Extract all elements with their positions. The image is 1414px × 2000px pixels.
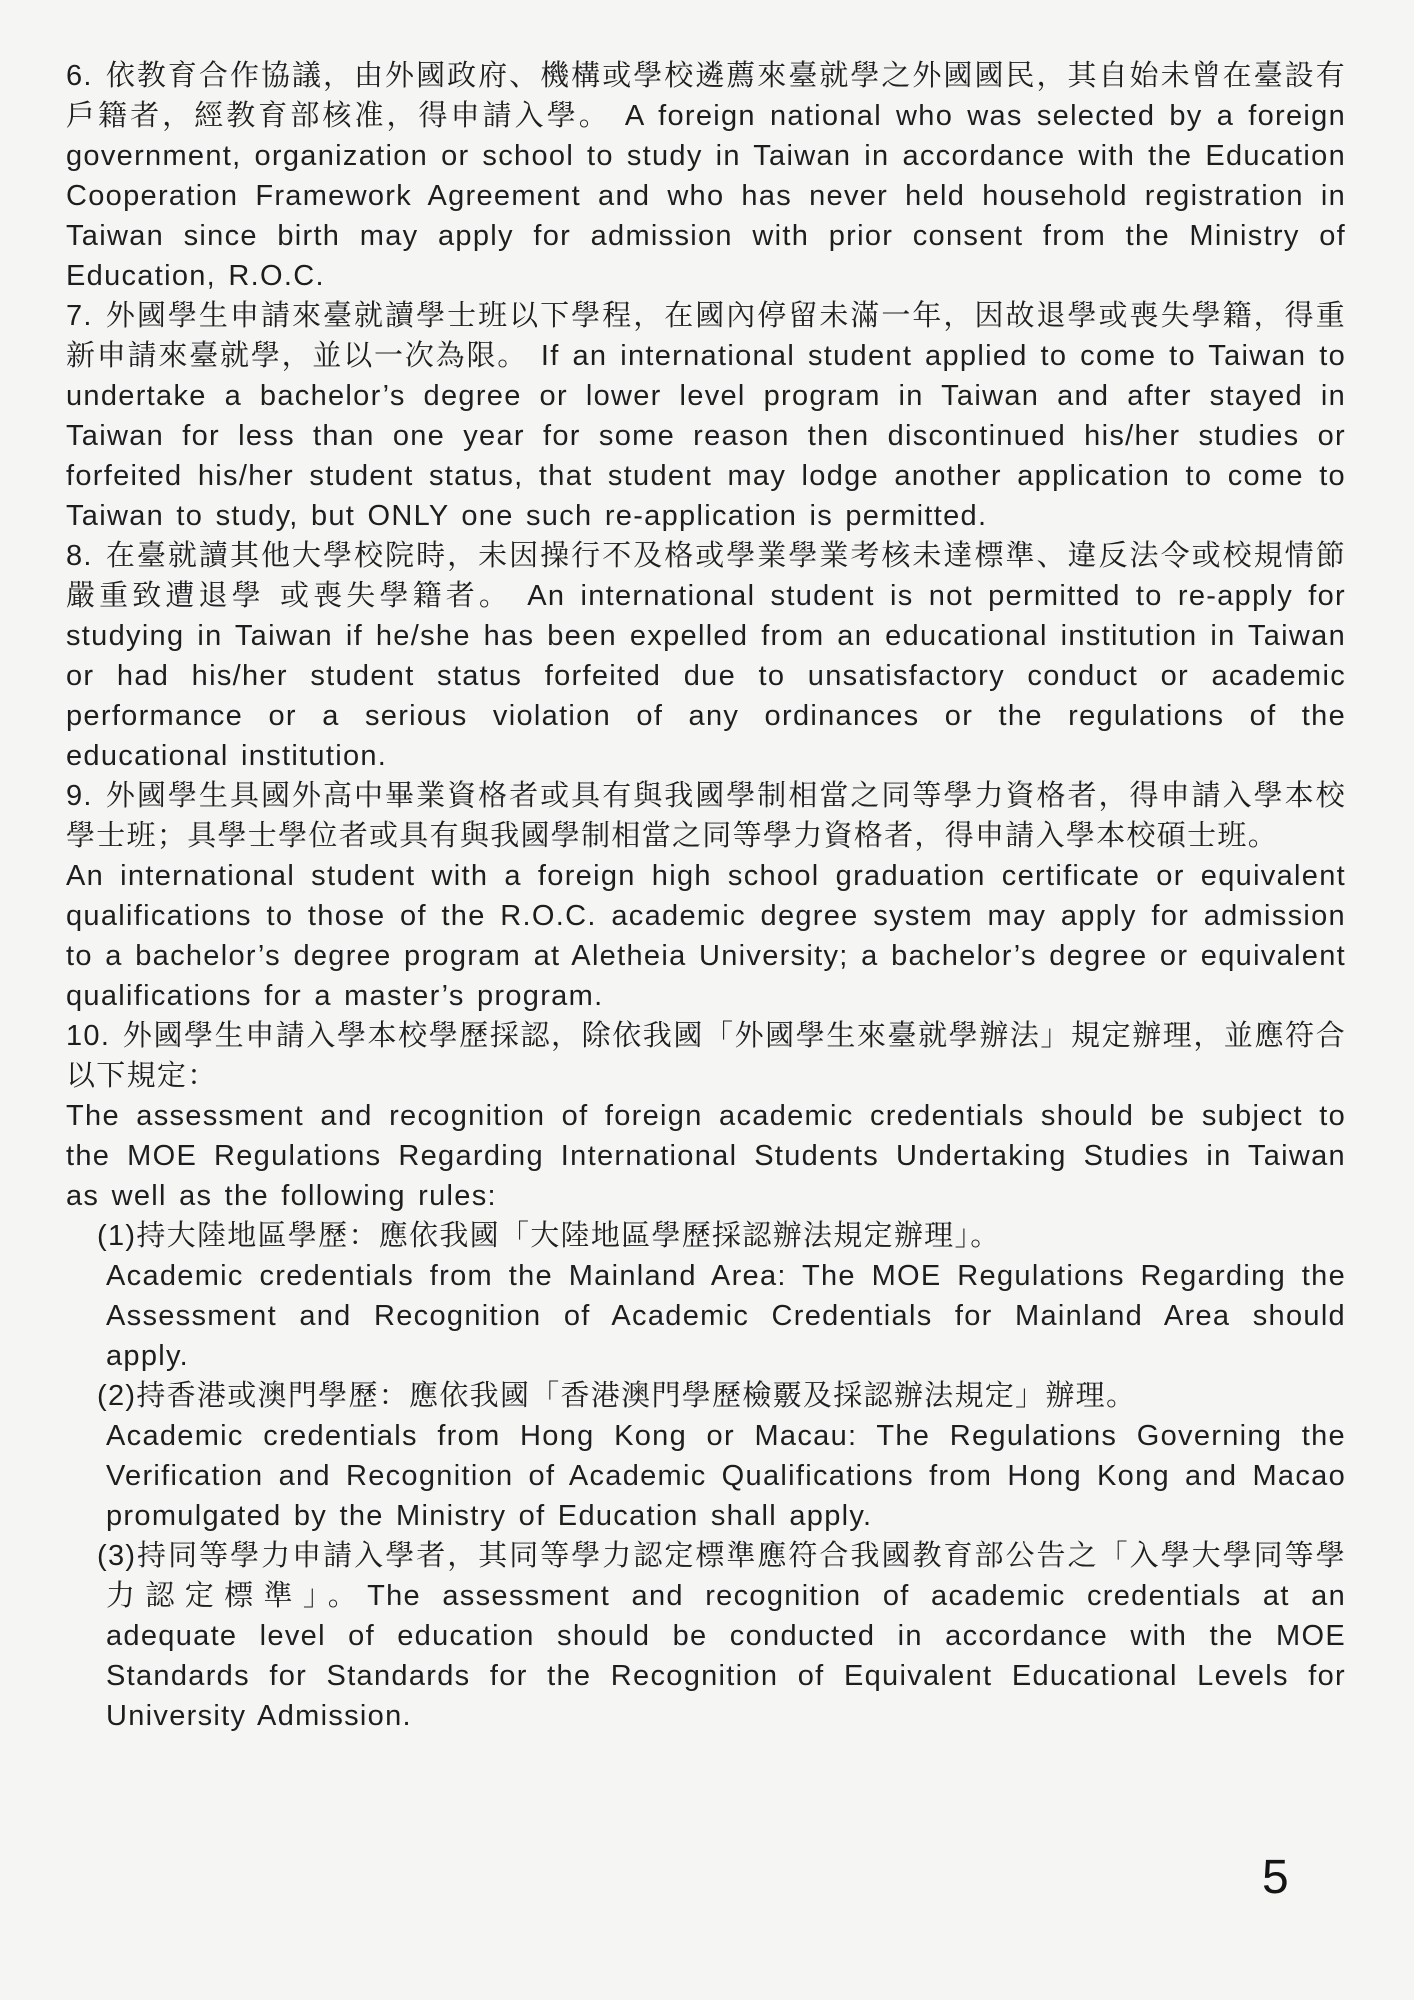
list-item-10-english: The assessment and recognition of foreig… xyxy=(66,1096,1346,1216)
list-item-7: 7. 外國學生申請來臺就讀學士班以下學程，在國內停留未滿一年，因故退學或喪失學籍… xyxy=(66,296,1346,536)
sub-item-1-english: Academic credentials from the Mainland A… xyxy=(106,1256,1346,1376)
sub-item-1: (1)持大陸地區學歷：應依我國「大陸地區學歷採認辦法規定辦理」。 Academi… xyxy=(66,1216,1346,1376)
sub-item-2-chinese: (2)持香港或澳門學歷：應依我國「香港澳門學歷檢覈及採認辦法規定」辦理。 xyxy=(106,1376,1346,1416)
sub-item-1-chinese: (1)持大陸地區學歷：應依我國「大陸地區學歷採認辦法規定辦理」。 xyxy=(106,1216,1346,1256)
sub-item-2: (2)持香港或澳門學歷：應依我國「香港澳門學歷檢覈及採認辦法規定」辦理。 Aca… xyxy=(66,1376,1346,1536)
page-number: 5 xyxy=(1262,1852,1289,1904)
list-item-9-english: An international student with a foreign … xyxy=(66,856,1346,1016)
sub-item-3-text: (3)持同等學力申請入學者，其同等學力認定標準應符合我國教育部公告之「入學大學同… xyxy=(106,1536,1346,1736)
list-item-10-chinese: 10. 外國學生申請入學本校學歷採認，除依我國「外國學生來臺就學辦法」規定辦理，… xyxy=(66,1016,1346,1096)
sub-item-3: (3)持同等學力申請入學者，其同等學力認定標準應符合我國教育部公告之「入學大學同… xyxy=(66,1536,1346,1736)
list-item-9-chinese: 9. 外國學生具國外高中畢業資格者或具有與我國學制相當之同等學力資格者，得申請入… xyxy=(66,776,1346,856)
document-content: 6. 依教育合作協議，由外國政府、機構或學校遴薦來臺就學之外國國民，其自始未曾在… xyxy=(66,56,1346,1736)
list-item-8: 8. 在臺就讀其他大學校院時，未因操行不及格或學業學業考核未達標準、違反法令或校… xyxy=(66,536,1346,776)
sub-item-2-english: Academic credentials from Hong Kong or M… xyxy=(106,1416,1346,1536)
list-item-6: 6. 依教育合作協議，由外國政府、機構或學校遴薦來臺就學之外國國民，其自始未曾在… xyxy=(66,56,1346,296)
